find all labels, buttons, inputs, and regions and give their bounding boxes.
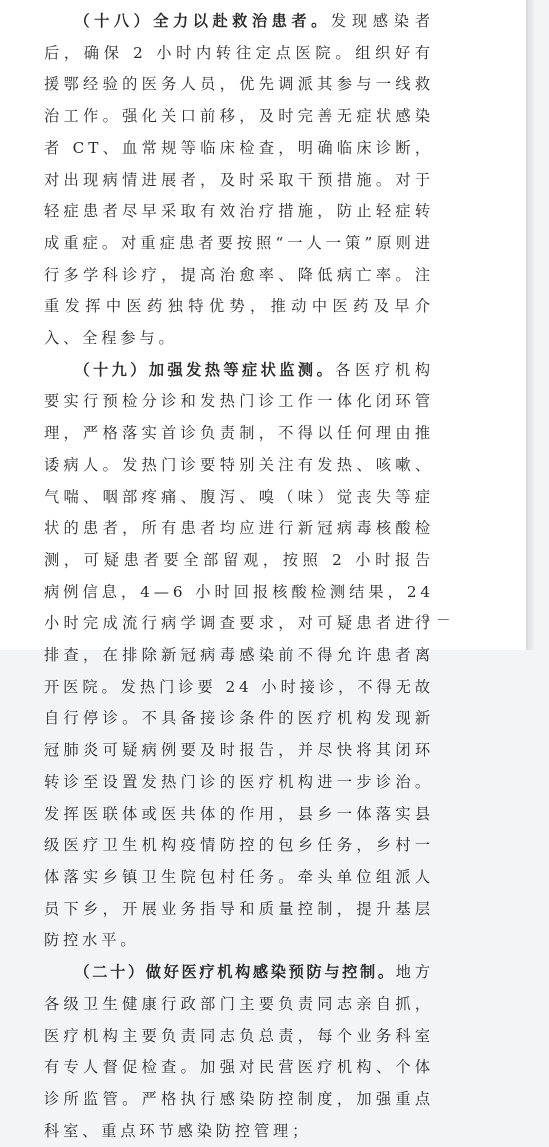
document-page: （十八）全力以赴救治患者。发现感染者后，确保 2 小时内转往定点医院。组织好有援… bbox=[0, 0, 526, 650]
page-edge-shadow bbox=[526, 0, 534, 650]
document-body: （十八）全力以赴救治患者。发现感染者后，确保 2 小时内转往定点医院。组织好有援… bbox=[44, 6, 434, 650]
paragraph-18-body: 发现感染者后，确保 2 小时内转往定点医院。组织好有援鄂经验的医务人员，优先调派… bbox=[44, 12, 434, 347]
paragraph-19: （十九）加强发热等症状监测。各医疗机构要实行预检分诊和发热门诊工作一体化闭环管理… bbox=[44, 355, 434, 650]
paragraph-18: （十八）全力以赴救治患者。发现感染者后，确保 2 小时内转往定点医院。组织好有援… bbox=[44, 6, 434, 355]
page-number: — 9 — bbox=[402, 612, 451, 626]
paragraph-19-heading: （十九）加强发热等症状监测。 bbox=[74, 361, 335, 379]
paragraph-19-body: 各医疗机构要实行预检分诊和发热门诊工作一体化闭环管理，严格落实首诊负责制，不得以… bbox=[44, 361, 434, 650]
paragraph-18-heading: （十八）全力以赴救治患者。 bbox=[74, 12, 330, 30]
